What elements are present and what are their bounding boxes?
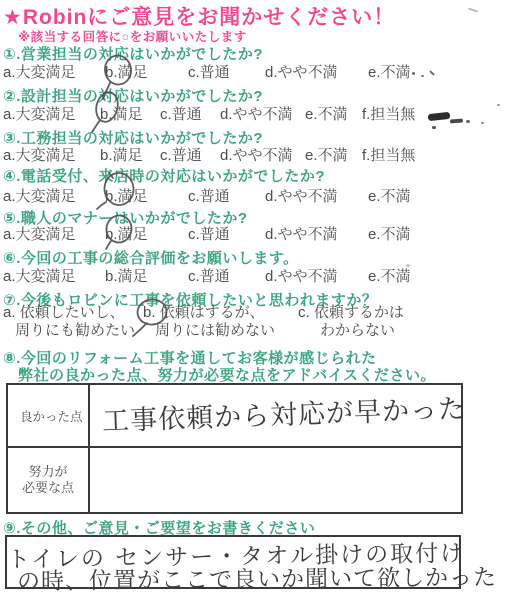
option-d: d.やや不満 xyxy=(265,185,338,206)
good-point-handwriting: 工事依頼から対応が早かった xyxy=(101,387,466,439)
option-d: d.やや不満 xyxy=(220,103,293,124)
option-b: b.満足 xyxy=(100,144,143,165)
option-c: c.普通 xyxy=(188,61,230,82)
scan-artifact xyxy=(406,264,410,267)
option-a: a.大変満足 xyxy=(3,61,76,82)
option-c: c.普通 xyxy=(188,223,230,244)
scan-artifact xyxy=(468,7,478,12)
option-a-line1: a. 依頼したいし、 xyxy=(3,304,135,322)
option-b-line1: b. 依頼はするが、 xyxy=(143,304,275,322)
question-3-options: a.大変満足 b.満足 c.普通 d.やや不満 e.不満 f.担当無 xyxy=(0,144,505,162)
question-7-option-c: c. 依頼するかは わからない xyxy=(298,304,404,340)
option-e: e.不満 xyxy=(368,61,411,82)
option-b: b.満足 xyxy=(100,103,143,124)
option-a: a.大変満足 xyxy=(3,265,76,286)
option-e: e.不満 xyxy=(368,223,411,244)
question-8-label-line2: 弊社の良かった点、努力が必要な点をアドバイスください。 xyxy=(18,364,436,385)
option-b: b.満足 xyxy=(105,185,148,206)
good-point-value-cell: 工事依頼から対応が早かった xyxy=(90,385,461,448)
scan-artifact xyxy=(497,104,500,106)
scan-artifact xyxy=(481,122,484,124)
option-c-line1: c. 依頼するかは xyxy=(298,304,404,322)
effort-label-line1: 努力が xyxy=(28,464,67,480)
survey-form: ★Robinにご意見をお聞かせください！ ※該当する回答に○をお願いいたします … xyxy=(0,0,505,592)
option-a: a.大変満足 xyxy=(3,185,76,206)
option-d: d.やや不満 xyxy=(265,265,338,286)
option-d: d.やや不満 xyxy=(220,144,293,165)
effort-label-line2: 必要な点 xyxy=(22,480,74,496)
option-f: f.担当無 xyxy=(362,103,415,124)
scan-artifact xyxy=(421,75,424,77)
option-a: a.大変満足 xyxy=(3,223,76,244)
option-e: e.不満 xyxy=(305,103,348,124)
option-e: e.不満 xyxy=(305,144,348,165)
option-a-line2: 周りにも勧めたい xyxy=(15,322,135,340)
scan-artifact xyxy=(432,126,436,129)
option-c: c.普通 xyxy=(188,185,230,206)
option-c-line2: わからない xyxy=(320,322,404,340)
option-e: e.不満 xyxy=(368,185,411,206)
option-b-line2: 周りには勧めない xyxy=(155,322,275,340)
option-d: d.やや不満 xyxy=(265,61,338,82)
effort-point-value-cell xyxy=(90,448,461,512)
question-4-options: a.大変満足 b.満足 c.普通 d.やや不満 e.不満 xyxy=(0,185,505,203)
question-6-options: a.大変満足 b.満足 c.普通 d.やや不満 e.不満 xyxy=(0,265,505,283)
question-5-options: a.大変満足 b.満足 c.普通 d.やや不満 e.不満 xyxy=(0,223,505,241)
good-point-label: 良かった点 xyxy=(8,385,90,448)
feedback-table: 良かった点 工事依頼から対応が早かった 努力が 必要な点 xyxy=(6,383,463,514)
option-e: e.不満 xyxy=(368,265,411,286)
option-b: b.満足 xyxy=(105,61,148,82)
other-comments-handwriting-line2: の時、位置がここで良いか聞いて欲しかった xyxy=(17,559,497,592)
option-c: c.普通 xyxy=(160,103,202,124)
question-7-option-a: a. 依頼したいし、 周りにも勧めたい xyxy=(3,304,135,340)
option-a: a.大変満足 xyxy=(3,103,76,124)
question-4-label: ④.電話受付、来店時の対応はいかがでしたか? xyxy=(3,165,325,186)
option-d: d.やや不満 xyxy=(265,223,338,244)
question-7-option-b: b. 依頼はするが、 周りには勧めない xyxy=(143,304,275,340)
scan-artifact xyxy=(412,72,415,75)
effort-point-label: 努力が 必要な点 xyxy=(8,448,90,512)
option-f: f.担当無 xyxy=(362,144,415,165)
option-b: b.満足 xyxy=(105,265,148,286)
option-c: c.普通 xyxy=(160,144,202,165)
scan-artifact xyxy=(466,120,470,123)
option-a: a.大変満足 xyxy=(3,144,76,165)
option-b: b.満足 xyxy=(105,223,148,244)
scan-artifact xyxy=(450,119,463,124)
option-c: c.普通 xyxy=(188,265,230,286)
